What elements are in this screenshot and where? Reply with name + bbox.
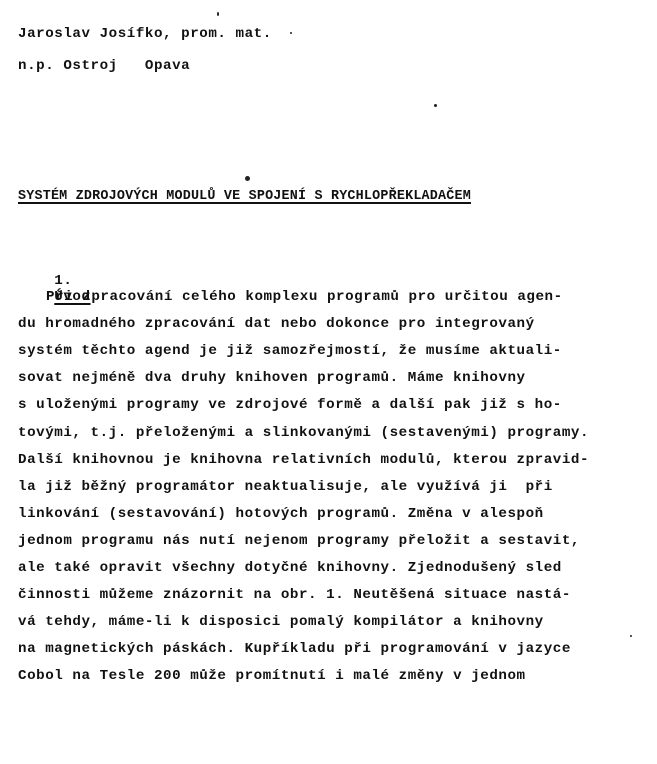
body-line: činnosti můžeme znázornit na obr. 1. Neu… (18, 587, 571, 603)
scan-speck (245, 176, 250, 181)
body-line: tovými, t.j. přeloženými a slinkovanými … (18, 425, 589, 441)
author-line: Jaroslav Josífko, prom. mat. (18, 26, 272, 42)
scan-speck (290, 32, 292, 34)
body-line: vá tehdy, máme-li k disposici pomalý kom… (18, 614, 544, 630)
document-title: SYSTÉM ZDROJOVÝCH MODULŮ VE SPOJENÍ S RY… (18, 189, 471, 204)
section-number: 1. (54, 273, 72, 289)
typewritten-document-page: Jaroslav Josífko, prom. mat. n.p. Ostroj… (0, 0, 657, 764)
body-line: la již běžný programátor neaktualisuje, … (18, 479, 553, 495)
body-line: ale také opravit všechny dotyčné knihovn… (18, 560, 562, 576)
body-line: Při zpracování celého komplexu programů … (18, 289, 563, 305)
scan-speck (434, 104, 437, 107)
body-line: Cobol na Tesle 200 může promítnutí i mal… (18, 668, 526, 684)
body-line: jednom programu nás nutí nejenom program… (18, 533, 580, 549)
body-line: s uloženými programy ve zdrojové formě a… (18, 397, 562, 413)
scan-speck (217, 12, 219, 16)
body-line: systém těchto agend je již samozřejmostí… (18, 343, 562, 359)
body-line: linkování (sestavování) hotových program… (18, 506, 544, 522)
body-line: Další knihovnou je knihovna relativních … (18, 452, 589, 468)
body-line: na magnetických páskách. Kupříkladu při … (18, 641, 571, 657)
body-line: sovat nejméně dva druhy knihoven program… (18, 370, 526, 386)
organization-line: n.p. Ostroj Opava (18, 58, 190, 74)
body-line: du hromadného zpracování dat nebo dokonc… (18, 316, 535, 332)
scan-speck (630, 635, 632, 637)
